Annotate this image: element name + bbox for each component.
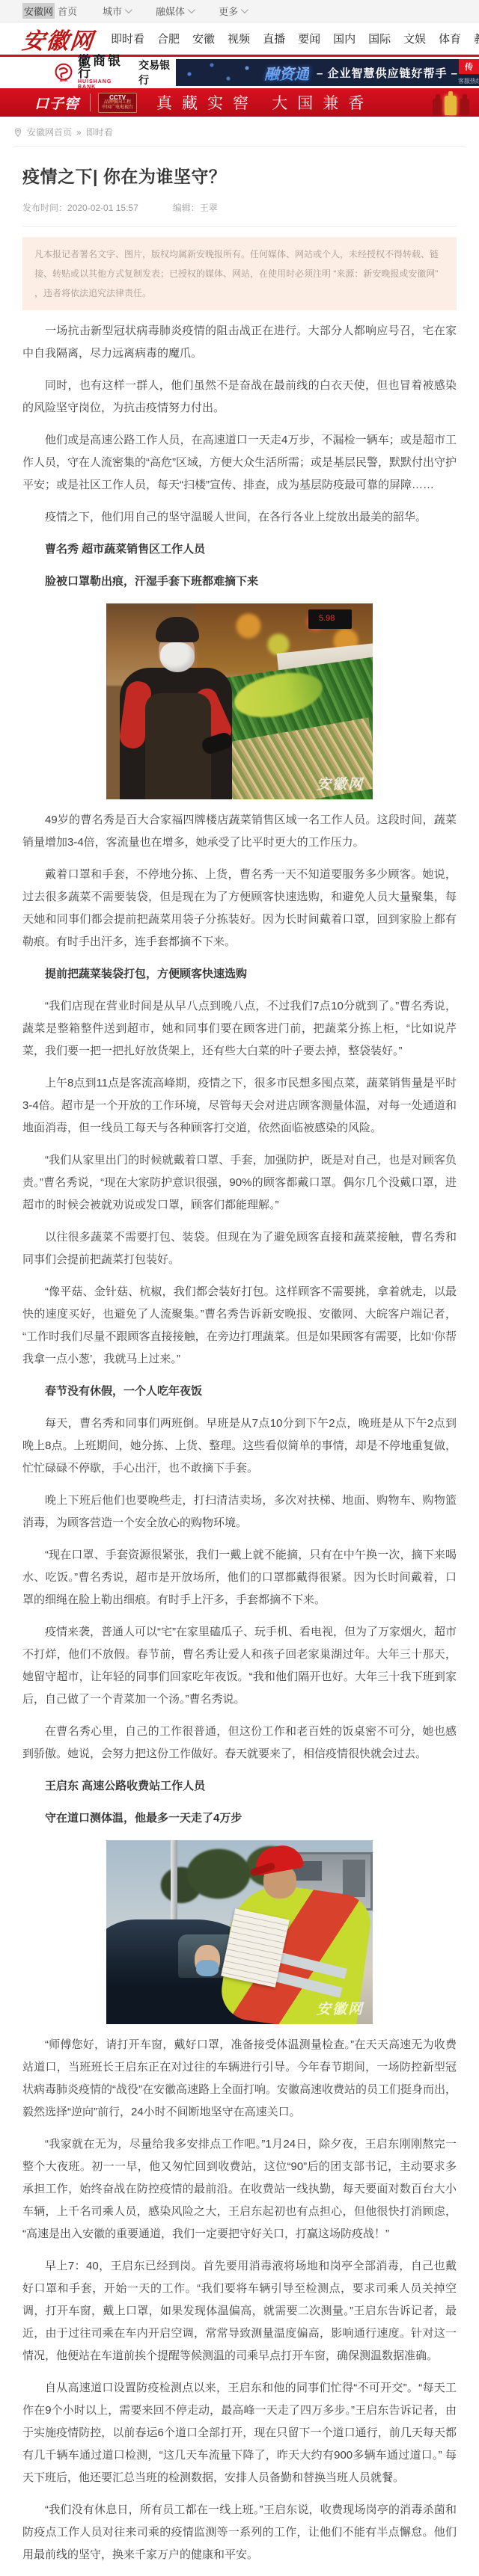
copyright-notice: 凡本报记者署名文字、图片，版权均属新安晚报所有。任何媒体、网站或个人，未经授权不… <box>22 237 457 310</box>
nav-item-domestic[interactable]: 国内 <box>333 31 356 46</box>
liquor-bottles-graphic <box>428 90 473 115</box>
liquor-ad-banner[interactable]: 口子窖 CCTV 品牌强国工程 中国广电电视台 真藏实窖 大国兼香 <box>0 88 479 117</box>
topbar-dropdown-label: 融媒体 <box>156 4 185 18</box>
article-paragraph: “我们从家里出门的时候就戴着口罩、手套，加强防护，既是对自己，也是对顾客负责。”… <box>22 1149 457 1217</box>
article-paragraph: 晚上下班后他们也要晚些走，打扫清洁卖场，多次对扶梯、地面、购物车、购物篮消毒，为… <box>22 1490 457 1534</box>
photo-tollgate-illustration: 安徽网 <box>106 1840 373 2024</box>
top-utility-bar: 安徽网首页 城市 融媒体 更多 <box>0 0 479 22</box>
bank-product: 交易银行 <box>138 58 176 87</box>
article-paragraph: 疫情之下，他们用自己的坚守温暖人世间，在各行各业上绽放出最美的韶华。 <box>22 506 457 529</box>
svg-text:ank: ank <box>60 79 68 82</box>
nav-item-live[interactable]: 直播 <box>263 31 285 46</box>
topbar-dropdown-media[interactable]: 融媒体 <box>156 4 193 18</box>
chevron-down-icon <box>241 6 248 13</box>
article-subhead: 脸被口罩勒出痕，汗湿手套下班都难摘下来 <box>22 571 457 593</box>
breadcrumb-current-link[interactable]: 即时看 <box>86 126 113 138</box>
nav-item-hefei[interactable]: 合肥 <box>157 31 180 46</box>
nav-item-international[interactable]: 国际 <box>368 31 391 46</box>
article-photo-tollgate: 安徽网 <box>106 1840 373 2024</box>
article-paragraph: “现在口罩、手套资源很紧张，我们一戴上就不能摘，只有在中午换一次，摘下来喝水、吃… <box>22 1544 457 1611</box>
topbar-home-highlight: 安徽网 <box>22 3 55 19</box>
article-subhead: 春节没有休假，一个人吃年夜饭 <box>22 1380 457 1403</box>
article-title: 疫情之下| 你在为谁坚守？ <box>22 147 457 201</box>
cctv-badge-line2: 品牌强国工程 <box>102 100 133 105</box>
bank-name: 徽商银行 <box>78 55 131 79</box>
article-subhead: 曹名秀 超市蔬菜销售区工作人员 <box>22 538 457 561</box>
editor-label: 编辑： <box>173 203 200 213</box>
cctv-badge-line1: CCTV <box>102 95 133 100</box>
article-paragraph: “像平菇、金针菇、杭椒，我们都会装好打包。这样顾客不需要挑，拿着就走，以最快的速… <box>22 1281 457 1371</box>
bank-ad-creative[interactable]: 融资通 – 企业智慧供应链好帮手 – 传 客服热线 <box>176 59 479 86</box>
publish-time-label: 发布时间： <box>22 203 67 213</box>
article-paragraph: “师傅您好，请打开车窗，戴好口罩，准备接受体温测量检查。”在天天高速无为收费站道… <box>22 2034 457 2124</box>
topbar-home-link[interactable]: 安徽网首页 <box>22 3 77 19</box>
nav-item-education[interactable]: 教育 <box>474 31 479 46</box>
photo-watermark: 安徽网 <box>317 773 364 793</box>
nav-item-sports[interactable]: 体育 <box>439 31 461 46</box>
article-subhead: 王启东 高速公路收费站工作人员 <box>22 1775 457 1798</box>
article-paragraph: 49岁的曹名秀是百大合家福四牌楼店蔬菜销售区域一名工作人员。这段时间，蔬菜销量增… <box>22 809 457 854</box>
ad-small-text: 客服热线 <box>458 77 479 85</box>
divider <box>22 226 457 227</box>
breadcrumb-home-link[interactable]: 安徽网首页 <box>27 126 72 138</box>
article-paragraph: 同时，也有这样一群人，他们虽然不是奋战在最前线的白衣天使，但也冒着被感染的风险坚… <box>22 375 457 419</box>
main-nav: 安徽网 即时看 合肥 安徽 视频 直播 要闻 国内 国际 文娱 体育 教育 民生 <box>0 22 479 57</box>
liquor-brand-logo: 口子窖 <box>34 93 79 113</box>
article-paragraph: 每天，曹名秀和同事们两班倒。早班是从7点10分到下午2点，晚班是从下午2点到晚上… <box>22 1413 457 1480</box>
chevron-down-icon <box>188 6 195 13</box>
publish-time-value: 2020-02-01 15:57 <box>67 203 138 213</box>
article-photo-supermarket: 安徽网 <box>106 603 373 799</box>
article-paragraph: 戴着口罩和手套，不停地分拣、上货，曹名秀一天不知道要服务多少顾客。她说，过去很多… <box>22 864 457 953</box>
article-paragraph: 以往很多蔬菜不需要打包、装袋。但现在为了避免顾客直接和蔬菜接触，曹名秀和同事们会… <box>22 1226 457 1271</box>
topbar-dropdown-label: 更多 <box>219 4 238 18</box>
photo-watermark: 安徽网 <box>317 1998 364 2018</box>
bank-ad-banner[interactable]: ank 徽商银行 HUISHANG BANK 交易银行 融资通 – 企业智慧供应… <box>0 59 479 86</box>
banner-divider <box>90 93 91 111</box>
nav-item-entertainment[interactable]: 文娱 <box>403 31 426 46</box>
article-paragraph: “我们没有休息日，所有员工都在一线上班。”王启东说，收费现场岗亭的消毒杀菌和防疫… <box>22 2499 457 2566</box>
site-logo[interactable]: 安徽网 <box>21 22 97 55</box>
chevron-down-icon <box>125 6 132 13</box>
article-paragraph: 早上7：40，王启东已经到岗。首先要用消毒液将场地和岗亭全部消毒，自己也戴好口罩… <box>22 2255 457 2367</box>
editor-name: 王翠 <box>200 203 218 213</box>
breadcrumb: 安徽网首页 » 即时看 <box>0 117 479 146</box>
nav-item-video[interactable]: 视频 <box>228 31 250 46</box>
article-paragraph: 一场抗击新型冠状病毒肺炎疫情的阻击战正在进行。大部分人都响应号召，宅在家中自我隔… <box>22 320 457 365</box>
article-paragraph: 自从高速道口设置防疫检测点以来，王启东和他的同事们忙得“不可开交”。“每天工作在… <box>22 2377 457 2489</box>
liquor-slogan: 真藏实窖 大国兼香 <box>156 91 373 114</box>
article-subhead: 提前把蔬菜装袋打包，方便顾客快速选购 <box>22 963 457 986</box>
photo-supermarket-illustration: 安徽网 <box>106 603 373 799</box>
breadcrumb-separator: » <box>76 127 82 138</box>
article-paragraph: “我家就在无为，尽量给我多安排点工作吧。”1月24日，除夕夜，王启东刚刚熬完一整… <box>22 2133 457 2245</box>
bank-logo-icon: ank <box>54 63 73 82</box>
location-pin-icon <box>13 128 22 137</box>
article-paragraph: 上午8点到11点是客流高峰期，疫情之下，很多市民想多囤点菜，蔬菜销售量是平时3-… <box>22 1072 457 1140</box>
topbar-dropdown-city[interactable]: 城市 <box>103 4 130 18</box>
topbar-dropdown-more[interactable]: 更多 <box>219 4 246 18</box>
cctv-badge: CCTV 品牌强国工程 中国广电电视台 <box>98 93 137 113</box>
topbar-home-suffix: 首页 <box>58 4 77 18</box>
network-glow-graphic <box>176 59 266 86</box>
nav-item-news[interactable]: 即时看 <box>111 31 144 46</box>
article-paragraph: “我们店现在营业时间是从早八点到晚八点，不过我们7点10分就到了。”曹名秀说，蔬… <box>22 995 457 1063</box>
cctv-badge-line3: 中国广电电视台 <box>102 105 133 111</box>
article-meta: 发布时间：2020-02-01 15:57 编辑：王翠 <box>22 201 457 226</box>
article-paragraph: 他们或是高速公路工作人员，在高速道口一天走4万步，不漏检一辆车；或是超市工作人员… <box>22 429 457 497</box>
nav-item-headlines[interactable]: 要闻 <box>298 31 320 46</box>
ad-slogan: – 企业智慧供应链好帮手 – <box>317 65 458 81</box>
topbar-dropdown-label: 城市 <box>103 4 122 18</box>
huishang-bank-logo: ank 徽商银行 HUISHANG BANK 交易银行 <box>0 55 176 90</box>
article-subhead: 守在道口测体温，他最多一天走了4万步 <box>22 1807 457 1830</box>
nav-item-anhui[interactable]: 安徽 <box>192 31 215 46</box>
ad-ribbon: 传 <box>459 59 479 74</box>
article-paragraph: 在曹名秀心里，自己的工作很普通，但这份工作和老百姓的饭桌密不可分，她也感到骄傲。… <box>22 1721 457 1765</box>
article-body: 一场抗击新型冠状病毒肺炎疫情的阻击战正在进行。大部分人都响应号召，宅在家中自我隔… <box>22 320 457 2566</box>
article-paragraph: 疫情来袭，普通人可以“宅”在家里磕瓜子、玩手机、看电视，但为了万家烟火，超市不打… <box>22 1621 457 1711</box>
ad-product-name: 融资通 <box>264 62 309 84</box>
